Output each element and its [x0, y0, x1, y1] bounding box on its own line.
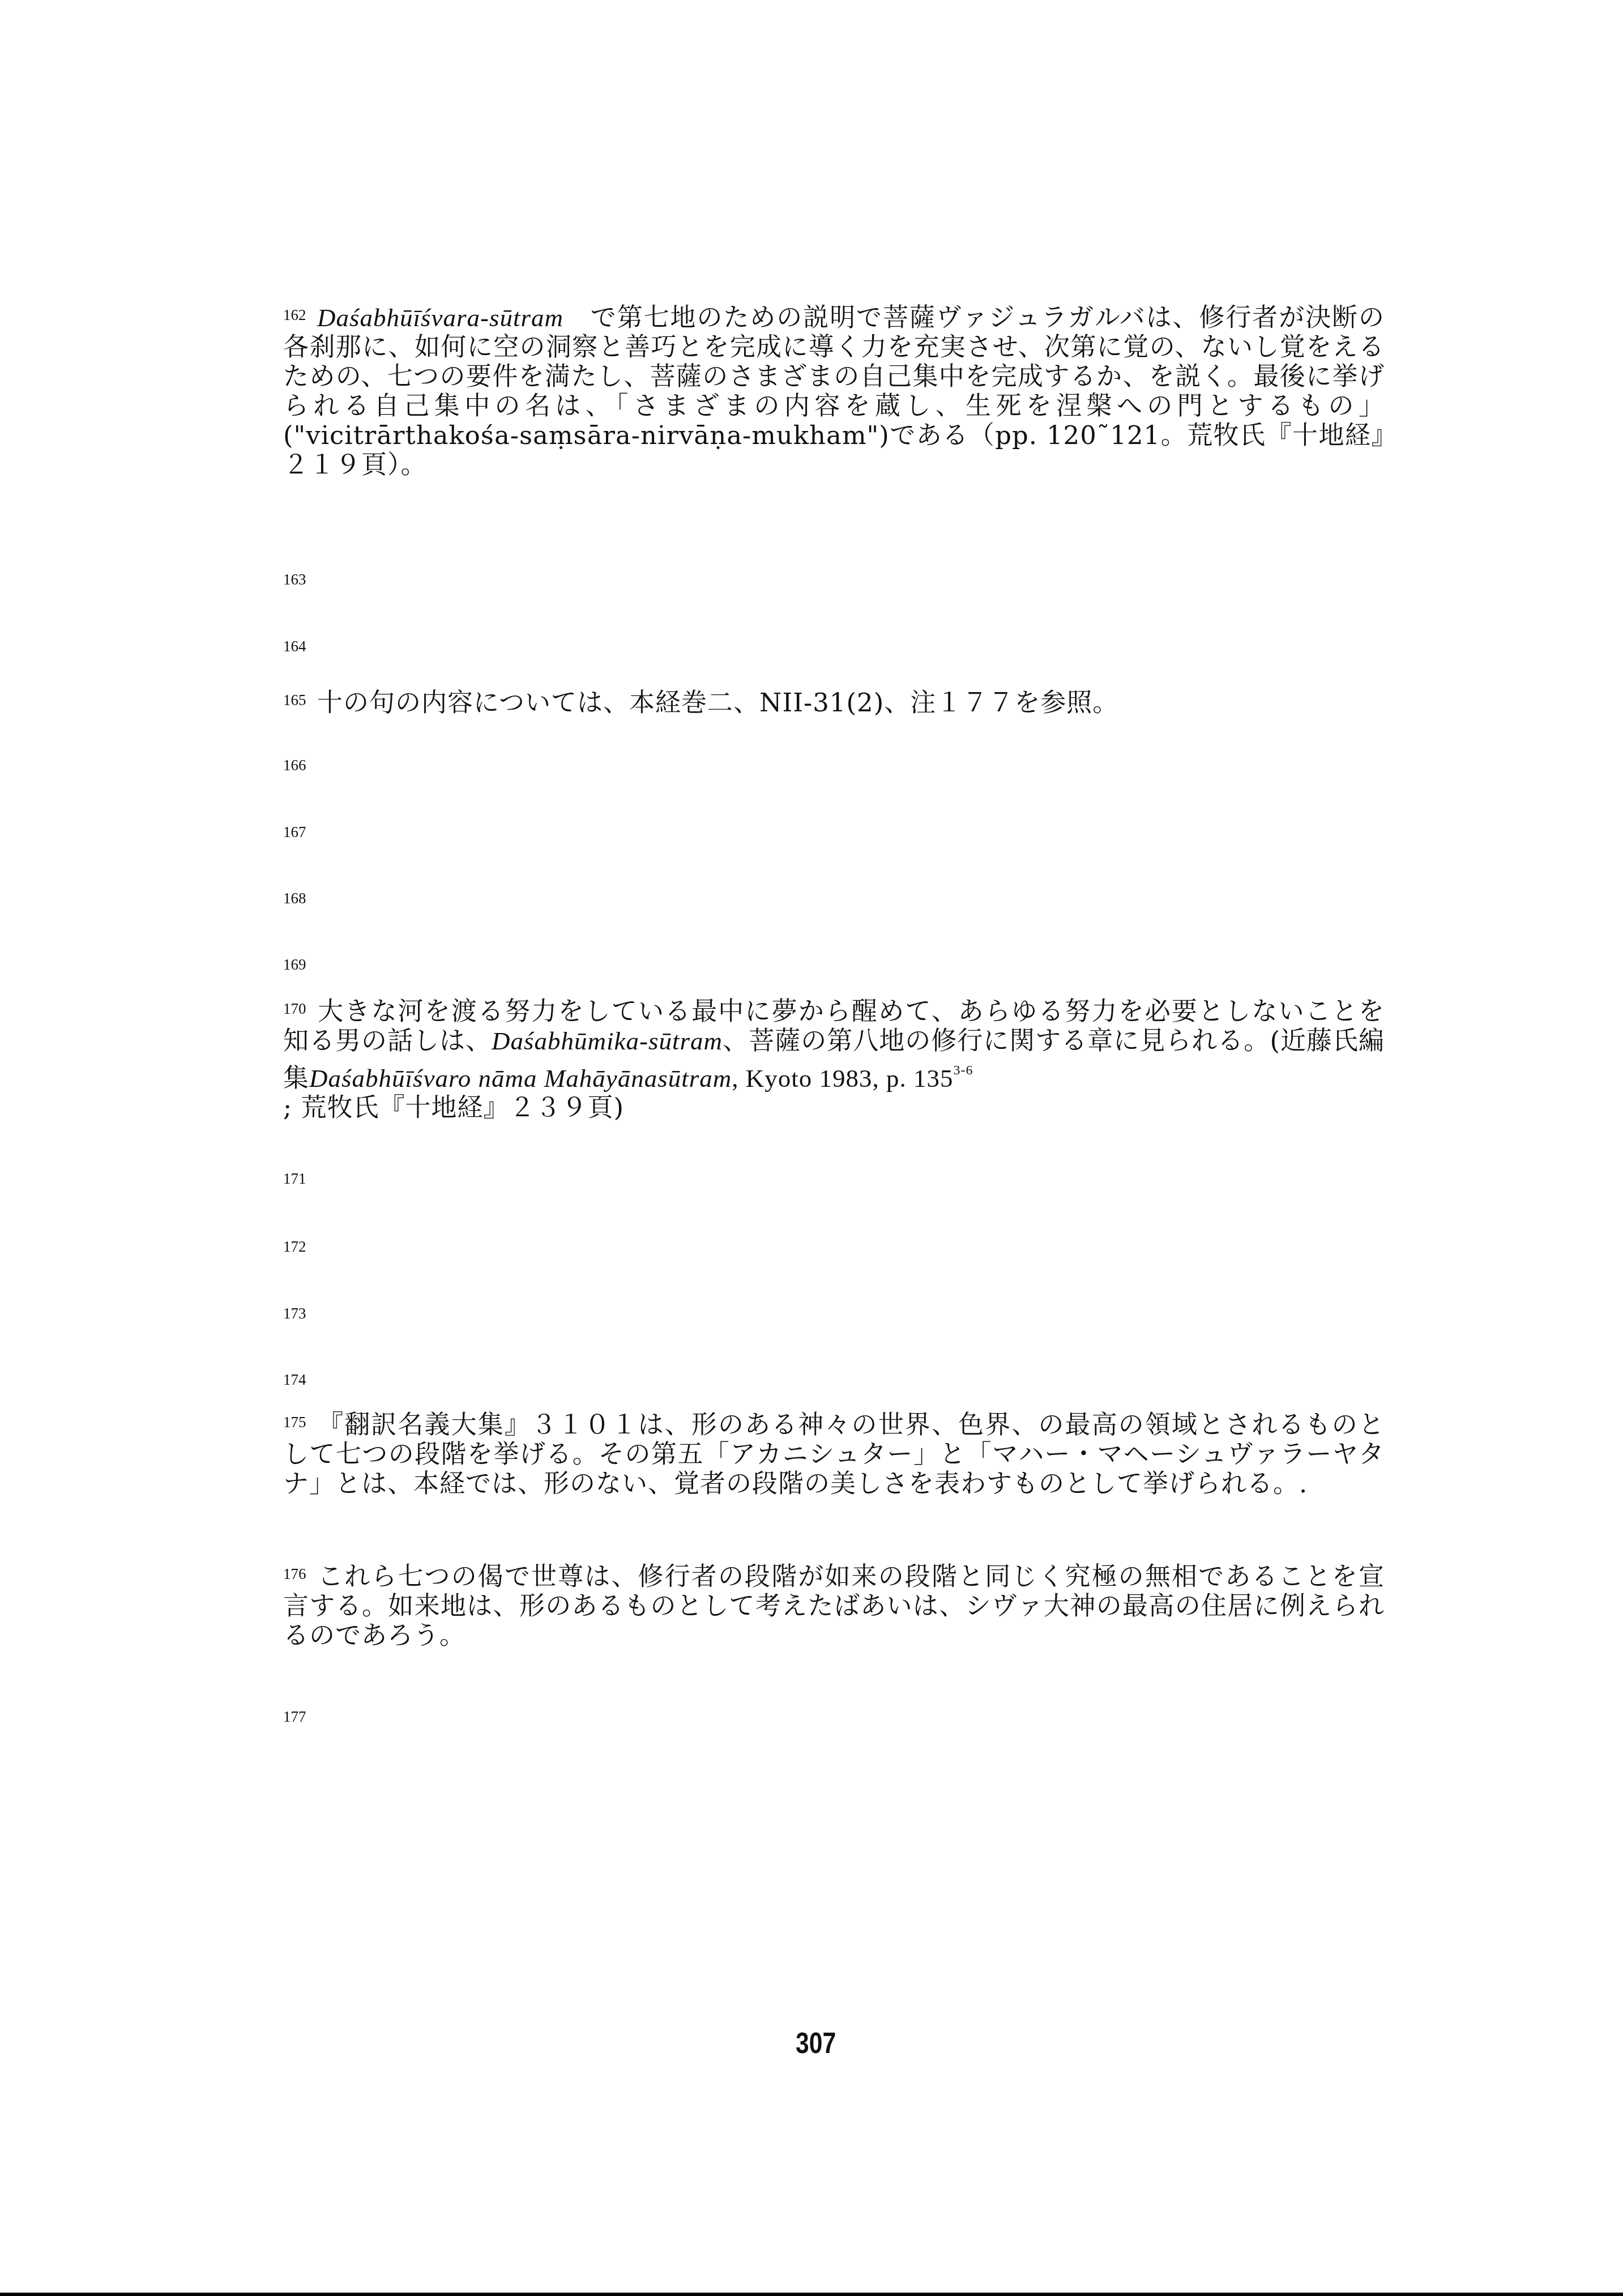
footnote-number: 170	[283, 1001, 306, 1017]
line-reference: 3-6	[954, 1063, 973, 1078]
footnote-162: 162 Daśabhūīśvara-sūtram で第七地のための説明で菩薩ヴァ…	[283, 303, 1385, 480]
footnote-body-text: 十の句の内容については、本経巻二、NII-31(2)、注１７７を参照。	[317, 688, 1118, 718]
footnote-body-text: これら七つの偈で世尊は、修行者の段階が如来の段階と同じく究極の無相であることを宣…	[283, 1561, 1385, 1650]
footnote-175: 175 『翻訳名義大集』３１０１は、形のある神々の世界、色界、の最高の領域とされ…	[283, 1410, 1385, 1499]
footnote-number: 164	[283, 639, 306, 654]
footnote-text: 十の句の内容については、本経巻二、NII-31(2)、注１７７を参照。	[283, 688, 1385, 718]
footnote-176: 176 これら七つの偈で世尊は、修行者の段階が如来の段階と同じく究極の無相である…	[283, 1562, 1385, 1650]
footnote-text: Daśabhūīśvara-sūtram で第七地のための説明で菩薩ヴァジュラガ…	[283, 303, 1385, 480]
footnote-body-text: 『翻訳名義大集』３１０１は、形のある神々の世界、色界、の最高の領域とされるものと…	[283, 1410, 1385, 1499]
footnote-text: 『翻訳名義大集』３１０１は、形のある神々の世界、色界、の最高の領域とされるものと…	[283, 1410, 1385, 1499]
footnote-number: 162	[283, 308, 306, 323]
footnote-number: 175	[283, 1415, 306, 1430]
footnote-number: 171	[283, 1171, 306, 1187]
footnote-165: 165 十の句の内容については、本経巻二、NII-31(2)、注１７７を参照。	[283, 688, 1385, 718]
footnote-number: 167	[283, 825, 306, 840]
footnote-number: 177	[283, 1709, 306, 1725]
edition-title: Daśabhūīśvaro nāma Mahāyānasūtram	[309, 1064, 732, 1092]
footnote-number: 165	[283, 693, 306, 708]
footnote-number: 174	[283, 1372, 306, 1388]
sutra-title: Daśabhūīśvara-sūtram	[317, 304, 563, 332]
footnote-number: 166	[283, 758, 306, 773]
footnote-body-text: ; 荒牧氏『十地経』２３９頁)	[283, 1092, 624, 1123]
footnote-number: 169	[283, 957, 306, 972]
footnote-number: 172	[283, 1239, 306, 1254]
citation: , Kyoto 1983, p. 135	[732, 1064, 953, 1092]
footnote-number: 176	[283, 1567, 306, 1582]
footnote-number: 168	[283, 891, 306, 906]
footnote-170: 170 大きな河を渡る努力をしている最中に夢から醒めて、あらゆる努力を必要としな…	[283, 997, 1385, 1123]
scan-edge-bar	[0, 2293, 1623, 2296]
page-number: 307	[151, 2026, 1481, 2060]
footnote-number: 173	[283, 1306, 306, 1321]
footnote-text: これら七つの偈で世尊は、修行者の段階が如来の段階と同じく究極の無相であることを宣…	[283, 1562, 1385, 1650]
sutra-title: Daśabhūmika-sūtram	[492, 1027, 723, 1055]
document-page: 162 Daśabhūīśvara-sūtram で第七地のための説明で菩薩ヴァ…	[0, 0, 1623, 2296]
footnote-number: 163	[283, 572, 306, 587]
footnote-text: 大きな河を渡る努力をしている最中に夢から醒めて、あらゆる努力を必要としないことを…	[283, 997, 1385, 1123]
